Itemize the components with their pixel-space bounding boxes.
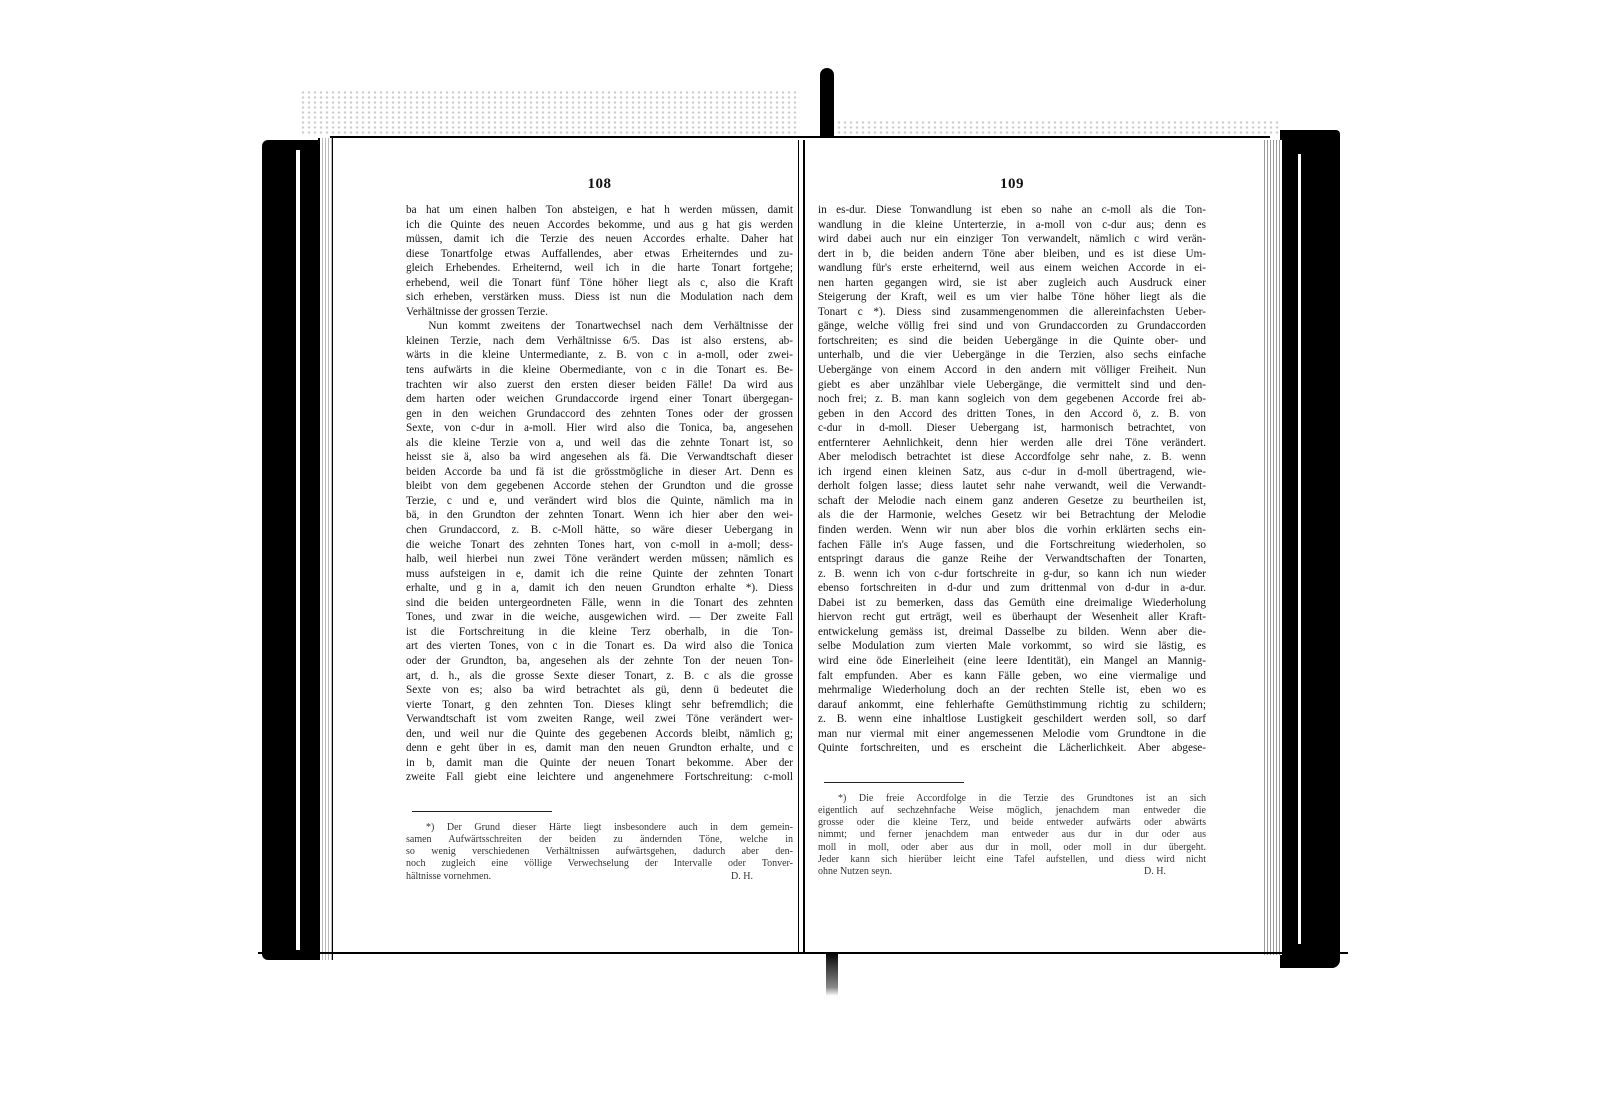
text-line: selbe Modulation zum vierten Male vorkom… (818, 639, 1206, 654)
text-line: als die kleine Terzie von a, und weil da… (406, 436, 793, 451)
text-line: zweite Fall giebt eine leichtere und ang… (406, 770, 793, 785)
text-line: ich die Quinte des neuen Accordes bekomm… (406, 218, 793, 233)
text-line: eigentlich auf sechzehnfache Weise mögli… (818, 805, 1206, 817)
text-line: sich erheben, verstärken muss. Diess ist… (406, 290, 793, 305)
text-line: Aber melodisch betrachtet ist diese Acco… (818, 450, 1206, 465)
text-line: gen in den weichen Grundaccord des zehnt… (406, 407, 793, 422)
text-line: Dabei ist zu bemerken, dass das Gemüth e… (818, 596, 1206, 611)
text-line: ist die Fortschreitung in die kleine Ter… (406, 625, 793, 640)
text-line: halb, weil hierbei nun zwei Töne verände… (406, 552, 793, 567)
scan-noise-top (300, 90, 800, 135)
right-page: 109 in es-dur. Diese Tonwandlung ist ebe… (818, 176, 1206, 878)
text-line: entwickelung gemäss ist, dreimal Dasselb… (818, 625, 1206, 640)
text-line: den, und weil nur die Quinte des gegeben… (406, 727, 793, 742)
text-line: gleich Erhebendes. Erheiternd, weil ich … (406, 261, 793, 276)
text-line: man nur viermal mit einer angemessenen M… (818, 727, 1206, 742)
page-number: 108 (406, 176, 793, 193)
text-line: Terzie, c und e, und verändert wird blos… (406, 494, 793, 509)
text-line: oder der Grundton, ba, angesehen als der… (406, 654, 793, 669)
text-line: Quinte fortschreiten, und es erscheint d… (818, 741, 1206, 756)
page-number: 109 (818, 176, 1206, 193)
text-line: fachen Fälle in's Auge fassen, und die F… (818, 538, 1206, 553)
text-line: noch frei; z. B. man kann sogleich von d… (818, 392, 1206, 407)
text-line: Verhältnisse der grossen Terzie. (406, 305, 793, 320)
left-page: 108 ba hat um einen halben Ton absteigen… (406, 176, 793, 883)
text-line: sind die beiden untergeordneten Fälle, w… (406, 596, 793, 611)
text-line: Steigerung der Kraft, weil es um vier ha… (818, 290, 1206, 305)
text-line: samen Aufwärtsschreiten der beiden zu än… (406, 834, 793, 846)
text-line: falt empfunden. Aber es kann Fälle geben… (818, 669, 1206, 684)
book-gutter (798, 140, 805, 952)
text-line: noch zugleich eine völlige Verwechselung… (406, 858, 793, 870)
text-line: fortschreiten; es sind die beiden Ueberg… (818, 334, 1206, 349)
text-line: bleibt von dem gegebenen Accorde stehen … (406, 479, 793, 494)
text-line: Sexte von es; also ba wird betrachtet al… (406, 683, 793, 698)
text-line: entfernterer Aehnlichkeit, denn hier wer… (818, 436, 1206, 451)
text-line: Uebergänge von einem Accord in den ander… (818, 363, 1206, 378)
text-line: vierte Tonart, g den zehnten Ton. Dieses… (406, 698, 793, 713)
text-line: entspringt daraus die ganze Reihe der Ve… (818, 552, 1206, 567)
text-line: z. B. wenn eine inhaltlose Lustigkeit ge… (818, 712, 1206, 727)
text-line: wandlung für's erste erheiternd, weil au… (818, 261, 1206, 276)
bookmark-ribbon-top (820, 68, 834, 138)
text-line: art, d. h., als die grosse Sexte dieser … (406, 669, 793, 684)
text-line: trachten wir also zuerst den ersten dies… (406, 378, 793, 393)
text-line: diese Tonartfolge etwas Auffallendes, ab… (406, 247, 793, 262)
text-line: Jeder kann sich hierüber leicht eine Taf… (818, 854, 1206, 866)
text-line: bä, in den Grundton der zehnten Tonart. … (406, 508, 793, 523)
text-line: mehrmalige Wiederholung doch an der rech… (818, 683, 1206, 698)
page-edges-right (1262, 140, 1284, 955)
text-line: ich irgend einen kleinen Satz, aus c-dur… (818, 465, 1206, 480)
text-line: unterhalb, und die vier Uebergänge in di… (818, 348, 1206, 363)
text-line: gänge, welche völlig frei sind und von G… (818, 319, 1206, 334)
text-line: heisst sie ä, also ba wird angesehen als… (406, 450, 793, 465)
text-line: beiden Accorde ba und fä ist die grösstm… (406, 465, 793, 480)
text-line: Verwandtschaft ist vom zweiten Range, we… (406, 712, 793, 727)
text-line: ba hat um einen halben Ton absteigen, e … (406, 203, 793, 218)
footnote-signature: D. H. (731, 871, 753, 883)
text-line: z. B. wenn ich von c-dur fortschreite in… (818, 567, 1206, 582)
text-line: D. H.hältnisse vornehmen. (406, 871, 793, 883)
body-text: ba hat um einen halben Ton absteigen, e … (406, 203, 793, 785)
text-line: in b, damit man die Quinte der neuen Ton… (406, 756, 793, 771)
text-line: schaft der Melodie nach einem ganz ander… (818, 494, 1206, 509)
text-line: *) Der Grund dieser Härte liegt insbeson… (406, 822, 793, 834)
text-line: nimmt; und ferner jenachdem man entweder… (818, 829, 1206, 841)
text-line: D. H.ohne Nutzen seyn. (818, 866, 1206, 878)
text-line: derholt folgen lasse; diess lautet sehr … (818, 479, 1206, 494)
footnote: *) Der Grund dieser Härte liegt insbeson… (406, 822, 793, 883)
text-line: erhalte, und g in a, damit ich den neuen… (406, 581, 793, 596)
text-line: finden werden. Wenn wir nun aber blos di… (818, 523, 1206, 538)
text-line: wird eine öde Einerleiheit (eine leere I… (818, 654, 1206, 669)
text-line: giebt es aber unzählbar viele Uebergänge… (818, 378, 1206, 393)
text-line: hiervon recht gut erträgt, weil es überh… (818, 610, 1206, 625)
text-line: art des vierten Tones, von c in die Tona… (406, 639, 793, 654)
text-line: chen Grundaccord, z. B. c-Moll hätte, so… (406, 523, 793, 538)
text-line: darauf ankommt, eine fehlerhafte Gemüths… (818, 698, 1206, 713)
text-line: *) Die freie Accordfolge in die Terzie d… (818, 793, 1206, 805)
text-line: müssen, damit ich die Terzie des neuen A… (406, 232, 793, 247)
text-line: muss aufsteigen in e, damit ich die rein… (406, 567, 793, 582)
text-line: die weiche Tonart des zehnten Tones hart… (406, 538, 793, 553)
text-line: moll in moll, oder aber aus dur in moll,… (818, 842, 1206, 854)
text-line: erhebend, weil die Tonart fünf Töne höhe… (406, 276, 793, 291)
text-line: nen harten gegangen wird, sie ist aber z… (818, 276, 1206, 291)
text-line: ebenso fortschreiten in d-dur und zum dr… (818, 581, 1206, 596)
bookmark-ribbon-bottom (826, 952, 838, 996)
text-line: kleinen Terzie, nach dem Verhältnisse 6/… (406, 334, 793, 349)
page-bottom-edge (258, 952, 1348, 954)
text-line: wird dabei auch nur ein einziger Ton ver… (818, 232, 1206, 247)
text-line: geben in den Accord des dritten Tones, i… (818, 407, 1206, 422)
scan-noise-top-right (830, 120, 1280, 135)
text-line: wärts in die kleine Untermediante, z. B.… (406, 348, 793, 363)
text-line: dert in b, die beiden andern Töne aber b… (818, 247, 1206, 262)
text-line: dem harten oder weichen Grundaccorde irg… (406, 392, 793, 407)
book-cover-left (262, 140, 320, 960)
text-line: c-dur in d-moll. Dieser Uebergang ist, h… (818, 421, 1206, 436)
footnote: *) Die freie Accordfolge in die Terzie d… (818, 793, 1206, 878)
text-line: denn e geht über in es, damit man den ne… (406, 741, 793, 756)
text-line: in es-dur. Diese Tonwandlung ist eben so… (818, 203, 1206, 218)
body-text: in es-dur. Diese Tonwandlung ist eben so… (818, 203, 1206, 756)
footnote-rule (824, 782, 964, 783)
text-line: Nun kommt zweitens der Tonartwechsel nac… (406, 319, 793, 334)
text-line: wandlung in die kleine Unterterzie, in a… (818, 218, 1206, 233)
text-line: tens aufwärts in die kleine Obermediante… (406, 363, 793, 378)
text-line: grosse oder die kleine Terz, und beide e… (818, 817, 1206, 829)
text-line: als die der Harmonie, welches Gesetz wir… (818, 508, 1206, 523)
footnote-signature: D. H. (1144, 866, 1166, 878)
text-line: Tonart c *). Diess sind zusammengenommen… (818, 305, 1206, 320)
page-top-edge (330, 136, 1270, 138)
text-line: Tones, und zwar in die weiche, ausgewich… (406, 610, 793, 625)
footnote-rule (412, 811, 552, 812)
text-line: Sexte, von c-dur in a-moll. Hier wird al… (406, 421, 793, 436)
text-line: so wenig verschiedenen Verhältnissen auf… (406, 846, 793, 858)
page-edges-left (318, 138, 333, 960)
book-cover-right (1280, 130, 1340, 968)
